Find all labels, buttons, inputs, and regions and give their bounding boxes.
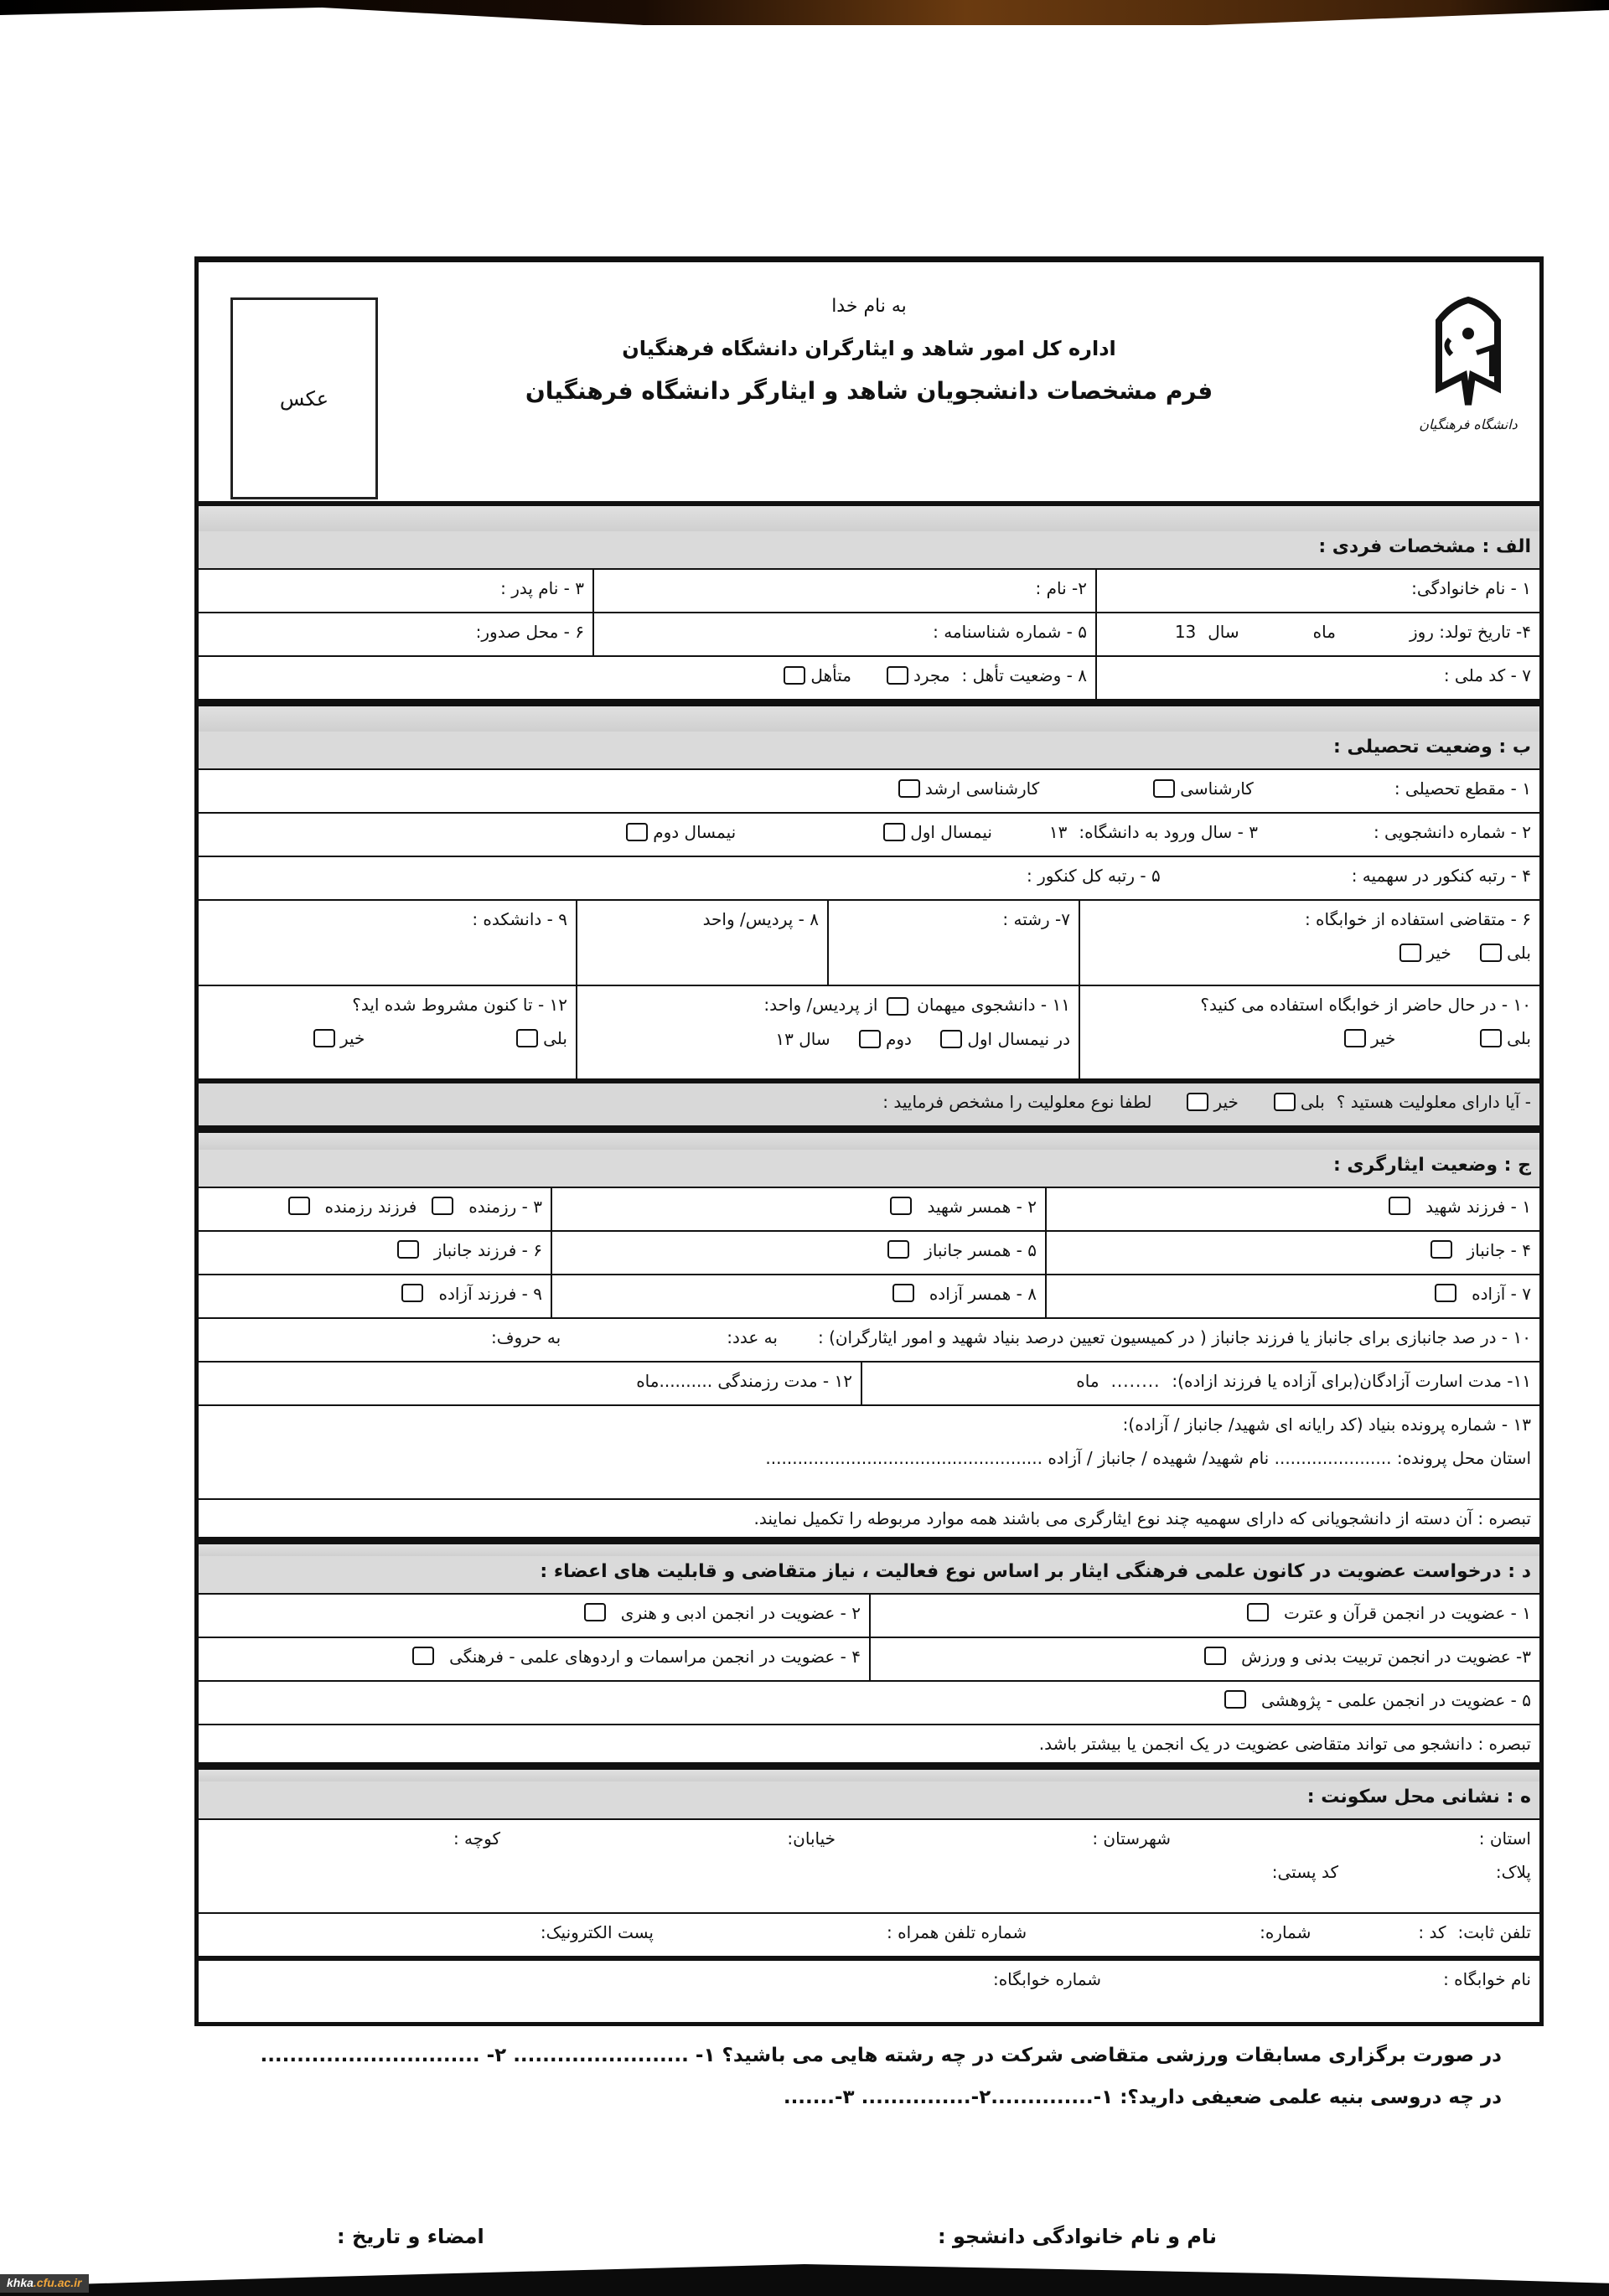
- watermark-domain: .cfu.ac.ir: [34, 2276, 82, 2289]
- bachelor-checkbox[interactable]: [1153, 779, 1175, 798]
- row-dorm-info: نام خوابگاه : شماره خوابگاه:: [199, 1961, 1539, 2003]
- father-name-label: ۳ - نام پدر :: [500, 578, 584, 598]
- photo-label: عکس: [280, 387, 329, 411]
- semester-1-checkbox[interactable]: [883, 823, 905, 841]
- master-label: کارشناسی ارشد: [925, 778, 1039, 799]
- city-label: شهرستان :: [836, 1828, 1171, 1849]
- row-club-2: ۳- عضویت در انجمن تربیت بدنی و ورزش ۴ - …: [199, 1638, 1539, 1682]
- family-name-field[interactable]: ۱ - نام خانوادگی:: [1095, 570, 1539, 612]
- form-title: فرم مشخصات دانشجویان شاهد و ایثارگر دانش…: [199, 377, 1539, 405]
- bachelor-label: کارشناسی: [1180, 778, 1254, 799]
- logo-text: دانشگاه فرهنگیان: [1419, 416, 1518, 432]
- year-label: سال: [799, 1029, 830, 1049]
- combat-duration-field[interactable]: ۱۲ - مدت رزمندگی ..........ماه: [207, 1363, 861, 1404]
- row-national: ۷ - کد ملی : ۸ - وضعیت تأهل : مجرد متأهل: [199, 657, 1539, 704]
- literary-club-label: ۲ - عضویت در انجمن ادبی و هنری: [621, 1603, 861, 1623]
- martyr-child-option: ۱ - فرزند شهید: [1045, 1188, 1539, 1230]
- disability-question: - آیا دارای معلولیت هستید ؟: [1337, 1092, 1531, 1112]
- quran-club-label: ۱ - عضویت در انجمن قرآن و عترت: [1284, 1603, 1531, 1623]
- entry-year-prefix: ۱۳: [1049, 822, 1067, 842]
- landline-label: تلفن ثابت:: [1458, 1922, 1532, 1942]
- yes-label: بلی: [1301, 1092, 1325, 1112]
- veteran-spouse-option: ۵ - همسر جانباز: [551, 1232, 1045, 1274]
- plate-label: پلاک:: [1338, 1862, 1531, 1882]
- ceremonies-club-checkbox[interactable]: [412, 1647, 434, 1665]
- office-title: اداره کل امور شاهد و ایثارگران دانشگاه ف…: [199, 337, 1539, 360]
- faculty-label: ۹ - دانشکده :: [472, 909, 567, 929]
- first-name-label: ۲- نام :: [1036, 578, 1087, 598]
- semester-1-label: نیمسال اول: [910, 822, 992, 842]
- row-address: استان : شهرستان : خیابان: کوچه : پلاک: ک…: [199, 1820, 1539, 1914]
- research-club-label: ۵ - عضویت در انجمن علمی - پژوهشی: [1261, 1690, 1531, 1710]
- major-label: ۷- رشته :: [1002, 909, 1070, 929]
- veteran-option: ۴ - جانباز: [1045, 1232, 1539, 1274]
- row-dorm: ۶ - متقاضی استفاده از خوابگاه : بلی خیر …: [199, 901, 1539, 986]
- literary-club-option: ۲ - عضویت در انجمن ادبی و هنری: [207, 1595, 869, 1637]
- captivity-dots: ........: [1111, 1371, 1161, 1391]
- dorm-name-label: نام خوابگاه :: [1443, 1969, 1531, 1989]
- row-disability-percent: ۱۰ - در صد جانبازی برای جانباز یا فرزند …: [199, 1319, 1539, 1363]
- photo-box: عکس: [230, 297, 378, 499]
- campus-label: ۸ - پردیس/ واحد: [703, 909, 819, 929]
- freed-pow-label: ۷ - آزاده: [1472, 1284, 1531, 1304]
- mobile-label: شماره تلفن همراه :: [887, 1922, 1027, 1942]
- watermark: khka.cfu.ac.ir: [0, 2274, 89, 2293]
- combatant-child-checkbox[interactable]: [288, 1197, 310, 1215]
- student-name-signature[interactable]: نام و نام خانوادگی دانشجو :: [938, 2225, 1217, 2248]
- martyr-name-label: نام شهید/ شهیده / جانباز / آزاده: [1048, 1448, 1269, 1468]
- paper-bottom-edge: [0, 2264, 1609, 2296]
- freed-pow-child-label: ۹ - فرزند آزاده: [438, 1284, 542, 1304]
- first-label: اول: [967, 1029, 992, 1049]
- probation-yes-checkbox[interactable]: [516, 1029, 538, 1047]
- major-field[interactable]: ۷- رشته :: [827, 901, 1079, 985]
- disability-specify-label: لطفا نوع معلولیت را مشخص فرمایید :: [882, 1092, 1151, 1112]
- no-label: خیر: [1213, 1092, 1238, 1112]
- row-dorm-current: ۱۰ - در حال حاضر از خوابگاه استفاده می ک…: [199, 986, 1539, 1083]
- father-name-field[interactable]: ۳ - نام پدر :: [207, 570, 592, 612]
- freed-pow-spouse-label: ۸ - همسر آزاده: [929, 1284, 1037, 1304]
- veteran-spouse-checkbox[interactable]: [887, 1240, 909, 1259]
- martyr-spouse-label: ۲ - همسر شهید: [927, 1197, 1037, 1217]
- veteran-child-option: ۶ - فرزند جانباز: [207, 1232, 551, 1274]
- guest-second-checkbox[interactable]: [859, 1030, 881, 1048]
- martyr-child-label: ۱ - فرزند شهید: [1425, 1197, 1531, 1217]
- section-d-note: تبصره : دانشجو می تواند متقاضی عضویت در …: [199, 1725, 1539, 1767]
- freed-pow-spouse-checkbox[interactable]: [892, 1284, 914, 1302]
- month-label: ماه: [1076, 1371, 1099, 1391]
- row-student-number: ۲ - شماره دانشجویی : ۳ - سال ورود به دان…: [199, 814, 1539, 857]
- row-file-number: ۱۳ - شماره پرونده بنیاد (کد رایانه ای شه…: [199, 1406, 1539, 1500]
- row-club-3: ۵ - عضویت در انجمن علمی - پژوهشی: [199, 1682, 1539, 1725]
- freed-pow-option: ۷ - آزاده: [1045, 1275, 1539, 1317]
- in-words-label: به حروف:: [491, 1327, 561, 1347]
- form-header: دانشگاه فرهنگیان به نام خدا اداره کل امو…: [199, 262, 1539, 504]
- dorm-current-no-checkbox[interactable]: [1344, 1029, 1366, 1047]
- street-label: خیابان:: [500, 1828, 836, 1849]
- email-label: پست الکترونیک:: [541, 1922, 654, 1942]
- dorm-request-label: ۶ - متقاضی استفاده از خوابگاه :: [1305, 909, 1531, 929]
- freed-pow-child-checkbox[interactable]: [401, 1284, 423, 1302]
- section-band: [199, 1767, 1539, 1781]
- dorm-info-field[interactable]: نام خوابگاه : شماره خوابگاه:: [199, 1961, 1539, 2003]
- dorm-request-field: ۶ - متقاضی استفاده از خوابگاه : بلی خیر: [1079, 901, 1539, 985]
- campus-field[interactable]: ۸ - پردیس/ واحد: [576, 901, 827, 985]
- disability-yes-checkbox[interactable]: [1274, 1093, 1296, 1111]
- no-label: خیر: [1371, 1028, 1395, 1048]
- issue-place-label: ۶ - محل صدور:: [476, 622, 584, 642]
- section-e-title: ه : نشانی محل سکونت :: [199, 1781, 1539, 1820]
- year-label: سال: [1208, 622, 1239, 642]
- rank-field[interactable]: ۴ - رتبه کنکور در سهمیه : ۵ - رتبه کل کن…: [199, 857, 1539, 899]
- single-checkbox[interactable]: [887, 666, 908, 685]
- married-checkbox[interactable]: [784, 666, 805, 685]
- yes-label: بلی: [1507, 1028, 1531, 1048]
- no-label: خیر: [340, 1028, 365, 1048]
- sports-club-option: ۳- عضویت در انجمن تربیت بدنی و ورزش: [869, 1638, 1539, 1680]
- guest-student-checkbox[interactable]: [887, 997, 908, 1016]
- semester-2-checkbox[interactable]: [626, 823, 648, 841]
- dorm-current-field: ۱۰ - در حال حاضر از خوابگاه استفاده می ک…: [1079, 986, 1539, 1078]
- freed-pow-child-option: ۹ - فرزند آزاده: [207, 1275, 551, 1317]
- sports-club-label: ۳- عضویت در انجمن تربیت بدنی و ورزش: [1241, 1647, 1531, 1667]
- national-code-field[interactable]: ۷ - کد ملی :: [1095, 657, 1539, 699]
- single-label: مجرد: [913, 665, 950, 685]
- id-number-field[interactable]: ۵ - شماره شناسنامه :: [592, 613, 1095, 655]
- semester-2-label: نیمسال دوم: [653, 822, 736, 842]
- master-checkbox[interactable]: [898, 779, 920, 798]
- dorm-number-label: شماره خوابگاه:: [993, 1969, 1101, 1989]
- sports-club-checkbox[interactable]: [1204, 1647, 1226, 1665]
- captivity-label: ۱۱- مدت اسارت آزادگان(برای آزاده یا فرزن…: [1172, 1371, 1531, 1391]
- combatant-option: ۳ - رزمنده فرزند رزمنده: [207, 1188, 551, 1230]
- row-names: ۱ - نام خانوادگی: ۲- نام : ۳ - نام پدر :: [199, 570, 1539, 613]
- code-label: کد :: [1418, 1922, 1446, 1942]
- file-province-dots: ......................: [1275, 1448, 1392, 1468]
- in-numbers-label: به عدد:: [727, 1327, 778, 1347]
- second-label: دوم: [886, 1029, 912, 1049]
- martyr-spouse-checkbox[interactable]: [890, 1197, 912, 1215]
- dorm-current-label: ۱۰ - در حال حاضر از خوابگاه استفاده می ک…: [1200, 995, 1531, 1015]
- entry-year-label: ۳ - سال ورود به دانشگاه:: [1079, 822, 1258, 842]
- row-sacrifice-2: ۴ - جانباز ۵ - همسر جانباز ۶ - فرزند جان…: [199, 1232, 1539, 1275]
- student-number-field[interactable]: ۲ - شماره دانشجویی : ۳ - سال ورود به دان…: [199, 814, 1539, 856]
- row-club-1: ۱ - عضویت در انجمن قرآن و عترت ۲ - عضویت…: [199, 1595, 1539, 1638]
- year-prefix: ۱۳: [775, 1029, 793, 1049]
- student-form: دانشگاه فرهنگیان به نام خدا اداره کل امو…: [194, 256, 1544, 2026]
- probation-field: ۱۲ - تا کنون مشروط شده اید؟ بلی خیر: [207, 986, 576, 1078]
- dorm-request-yes-checkbox[interactable]: [1480, 944, 1502, 962]
- no-label: خیر: [1426, 943, 1451, 963]
- disability-percent-field[interactable]: ۱۰ - در صد جانبازی برای جانباز یا فرزند …: [199, 1319, 1539, 1361]
- dorm-request-no-checkbox[interactable]: [1399, 944, 1421, 962]
- issue-place-field[interactable]: ۶ - محل صدور:: [207, 613, 592, 655]
- combatant-label: ۳ - رزمنده: [468, 1197, 542, 1217]
- freed-pow-spouse-option: ۸ - همسر آزاده: [551, 1275, 1045, 1317]
- birth-date-field[interactable]: ۴- تاریخ تولد: روز ماه سال 13: [1095, 613, 1539, 655]
- paper-top-edge: [0, 0, 1609, 25]
- header-titles: به نام خدا اداره کل امور شاهد و ایثارگرا…: [199, 296, 1539, 405]
- file-number-field[interactable]: ۱۳ - شماره پرونده بنیاد (کد رایانه ای شه…: [199, 1406, 1539, 1498]
- section-band: [199, 504, 1539, 531]
- guest-first-checkbox[interactable]: [940, 1030, 962, 1048]
- section-d-title: د : درخواست عضویت در کانون علمی فرهنگی ا…: [199, 1556, 1539, 1595]
- dorm-current-yes-checkbox[interactable]: [1480, 1029, 1502, 1047]
- martyr-spouse-option: ۲ - همسر شهید: [551, 1188, 1045, 1230]
- yes-label: بلی: [543, 1028, 567, 1048]
- ceremonies-club-label: ۴ - عضویت در انجمن مراسمات و اردوهای علم…: [449, 1647, 861, 1667]
- combatant-checkbox[interactable]: [432, 1197, 453, 1215]
- married-label: متأهل: [810, 665, 851, 685]
- martyr-child-checkbox[interactable]: [1389, 1197, 1410, 1215]
- quota-rank-label: ۴ - رتبه کنکور در سهمیه :: [1352, 866, 1531, 886]
- probation-no-checkbox[interactable]: [313, 1029, 335, 1047]
- row-rank: ۴ - رتبه کنکور در سهمیه : ۵ - رتبه کل کن…: [199, 857, 1539, 901]
- address-field[interactable]: استان : شهرستان : خیابان: کوچه : پلاک: ک…: [199, 1820, 1539, 1912]
- alley-label: کوچه :: [453, 1828, 500, 1849]
- weak-subjects-question[interactable]: در چه دروسی بنیه علمی ضعیفی دارید؟: ۱-..…: [194, 2087, 1502, 2108]
- row-birth: ۴- تاریخ تولد: روز ماه سال 13 ۵ - شماره …: [199, 613, 1539, 657]
- national-code-label: ۷ - کد ملی :: [1444, 665, 1531, 685]
- province-label: استان :: [1171, 1828, 1531, 1849]
- file-number-label: ۱۳ - شماره پرونده بنیاد (کد رایانه ای شه…: [1123, 1414, 1531, 1435]
- phone-field[interactable]: تلفن ثابت: کد : شماره: شماره تلفن همراه …: [199, 1914, 1539, 1956]
- file-province-label: استان محل پرونده:: [1397, 1448, 1531, 1468]
- captivity-field[interactable]: ۱۱- مدت اسارت آزادگان(برای آزاده یا فرزن…: [861, 1363, 1539, 1404]
- marital-status-label: ۸ - وضعیت تأهل :: [962, 665, 1087, 685]
- number-label: شماره:: [1260, 1922, 1311, 1942]
- probation-label: ۱۲ - تا کنون مشروط شده اید؟: [352, 995, 567, 1015]
- degree-field: ۱ - مقطع تحصیلی : کارشناسی کارشناسی ارشد: [199, 770, 1539, 812]
- id-number-label: ۵ - شماره شناسنامه :: [933, 622, 1087, 642]
- guest-student-field: ۱۱ - دانشجوی میهمان از پردیس/ واحد: در ن…: [576, 986, 1079, 1078]
- watermark-prefix: khka: [7, 2276, 34, 2289]
- quran-club-checkbox[interactable]: [1247, 1603, 1269, 1621]
- veteran-child-label: ۶ - فرزند جانباز: [434, 1240, 542, 1260]
- veteran-spouse-label: ۵ - همسر جانباز: [924, 1240, 1037, 1260]
- section-c-note: تبصره : آن دسته از دانشجویانی که دارای س…: [199, 1500, 1539, 1542]
- sports-question[interactable]: در صورت برگزاری مسابقات ورزشی متقاضی شرک…: [194, 2045, 1502, 2066]
- martyr-name-dots: ........................................…: [765, 1448, 1042, 1468]
- additional-questions: در صورت برگزاری مسابقات ورزشی متقاضی شرک…: [194, 2045, 1502, 2128]
- section-band: [199, 1130, 1539, 1150]
- first-name-field[interactable]: ۲- نام :: [592, 570, 1095, 612]
- row-phone: تلفن ثابت: کد : شماره: شماره تلفن همراه …: [199, 1914, 1539, 1961]
- veteran-checkbox[interactable]: [1431, 1240, 1452, 1259]
- from-campus-label: از پردیس/ واحد:: [763, 995, 877, 1015]
- ceremonies-club-option: ۴ - عضویت در انجمن مراسمات و اردوهای علم…: [207, 1638, 869, 1680]
- bismillah: به نام خدا: [199, 296, 1539, 317]
- month-label: ماه: [1313, 622, 1336, 642]
- row-sacrifice-1: ۱ - فرزند شهید ۲ - همسر شهید ۳ - رزمنده …: [199, 1188, 1539, 1232]
- disability-no-checkbox[interactable]: [1187, 1093, 1208, 1111]
- guest-student-label: ۱۱ - دانشجوی میهمان: [917, 995, 1070, 1015]
- sign-date[interactable]: امضاء و تاریخ :: [337, 2225, 484, 2248]
- postal-code-label: کد پستی:: [1272, 1862, 1338, 1882]
- in-semester-label: در نیمسال: [997, 1029, 1070, 1049]
- faculty-field[interactable]: ۹ - دانشکده :: [207, 901, 576, 985]
- section-band: [199, 704, 1539, 732]
- yes-label: بلی: [1507, 943, 1531, 963]
- research-club-option: ۵ - عضویت در انجمن علمی - پژوهشی: [199, 1682, 1539, 1724]
- year-prefix: 13: [1175, 622, 1196, 642]
- family-name-label: ۱ - نام خانوادگی:: [1411, 578, 1531, 598]
- veteran-label: ۴ - جانباز: [1467, 1240, 1532, 1260]
- birth-date-label: ۴- تاریخ تولد: روز: [1410, 622, 1531, 642]
- row-degree: ۱ - مقطع تحصیلی : کارشناسی کارشناسی ارشد: [199, 770, 1539, 814]
- section-c-title: ج : وضعیت ایثارگری :: [199, 1150, 1539, 1188]
- literary-club-checkbox[interactable]: [584, 1603, 606, 1621]
- combatant-child-label: فرزند رزمنده: [325, 1197, 417, 1217]
- section-band: [199, 1542, 1539, 1556]
- row-sacrifice-3: ۷ - آزاده ۸ - همسر آزاده ۹ - فرزند آزاده: [199, 1275, 1539, 1319]
- total-rank-label: ۵ - رتبه کل کنکور :: [1027, 866, 1161, 886]
- section-a-title: الف : مشخصات فردی :: [199, 531, 1539, 570]
- student-number-label: ۲ - شماره دانشجویی :: [1374, 822, 1531, 842]
- marital-status-field: ۸ - وضعیت تأهل : مجرد متأهل: [207, 657, 1095, 699]
- quran-club-option: ۱ - عضویت در انجمن قرآن و عترت: [869, 1595, 1539, 1637]
- freed-pow-checkbox[interactable]: [1435, 1284, 1456, 1302]
- research-club-checkbox[interactable]: [1224, 1690, 1246, 1709]
- veteran-child-checkbox[interactable]: [397, 1240, 419, 1259]
- combat-duration-label: ۱۲ - مدت رزمندگی ..........ماه: [636, 1371, 852, 1391]
- section-b-title: ب : وضعیت تحصیلی :: [199, 732, 1539, 770]
- disability-field: - آیا دارای معلولیت هستید ؟ بلی خیر لطفا…: [199, 1083, 1539, 1125]
- row-disability: - آیا دارای معلولیت هستید ؟ بلی خیر لطفا…: [199, 1083, 1539, 1130]
- row-captivity: ۱۱- مدت اسارت آزادگان(برای آزاده یا فرزن…: [199, 1363, 1539, 1406]
- disability-percent-label: ۱۰ - در صد جانبازی برای جانباز یا فرزند …: [818, 1327, 1531, 1347]
- degree-label: ۱ - مقطع تحصیلی :: [1394, 778, 1531, 799]
